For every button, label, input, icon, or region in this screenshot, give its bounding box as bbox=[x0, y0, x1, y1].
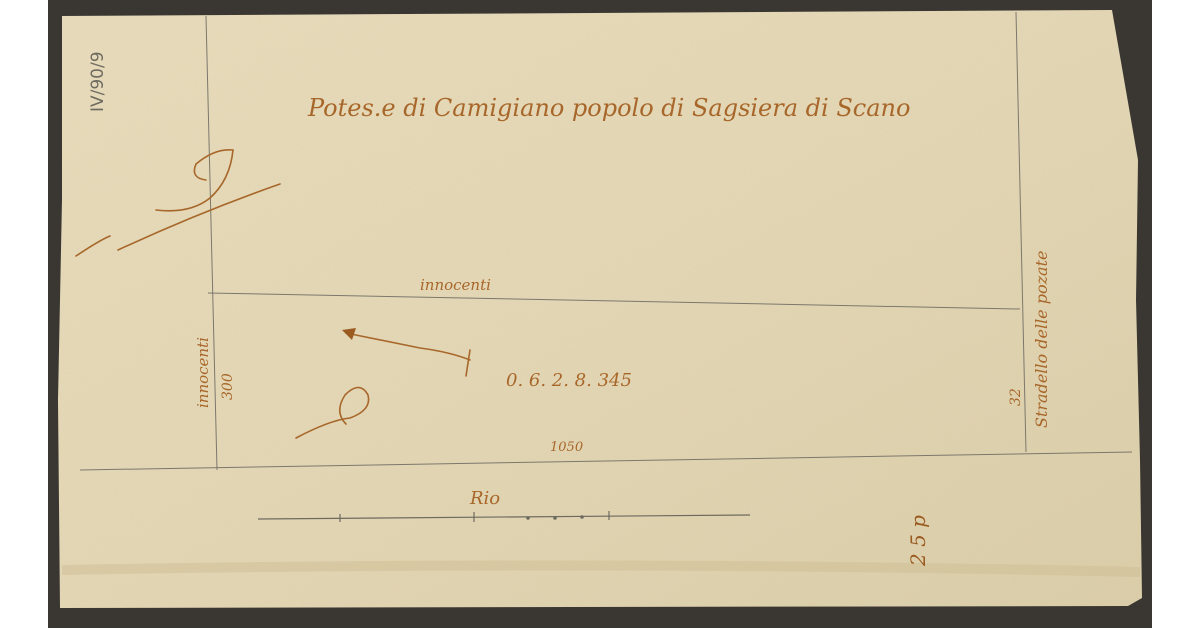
corner-note: 2 5 p bbox=[906, 515, 930, 566]
measure-left-side: 300 bbox=[220, 373, 236, 400]
boundary-bottom-label: Rio bbox=[470, 488, 500, 509]
area-measure: 0. 6. 2. 8. 345 bbox=[506, 370, 632, 391]
boundary-top-label: innocenti bbox=[420, 276, 491, 294]
document-title: Potes.e di Camigiano popolo di Sagsiera … bbox=[308, 94, 910, 122]
measure-right-side: 32 bbox=[1008, 388, 1024, 406]
boundary-right-label: Stradello delle pozate bbox=[1032, 251, 1051, 428]
measure-bottom-side: 1050 bbox=[550, 440, 583, 455]
catalog-mark: IV/90/9 bbox=[88, 51, 108, 112]
boundary-left-label: innocenti bbox=[194, 337, 212, 408]
